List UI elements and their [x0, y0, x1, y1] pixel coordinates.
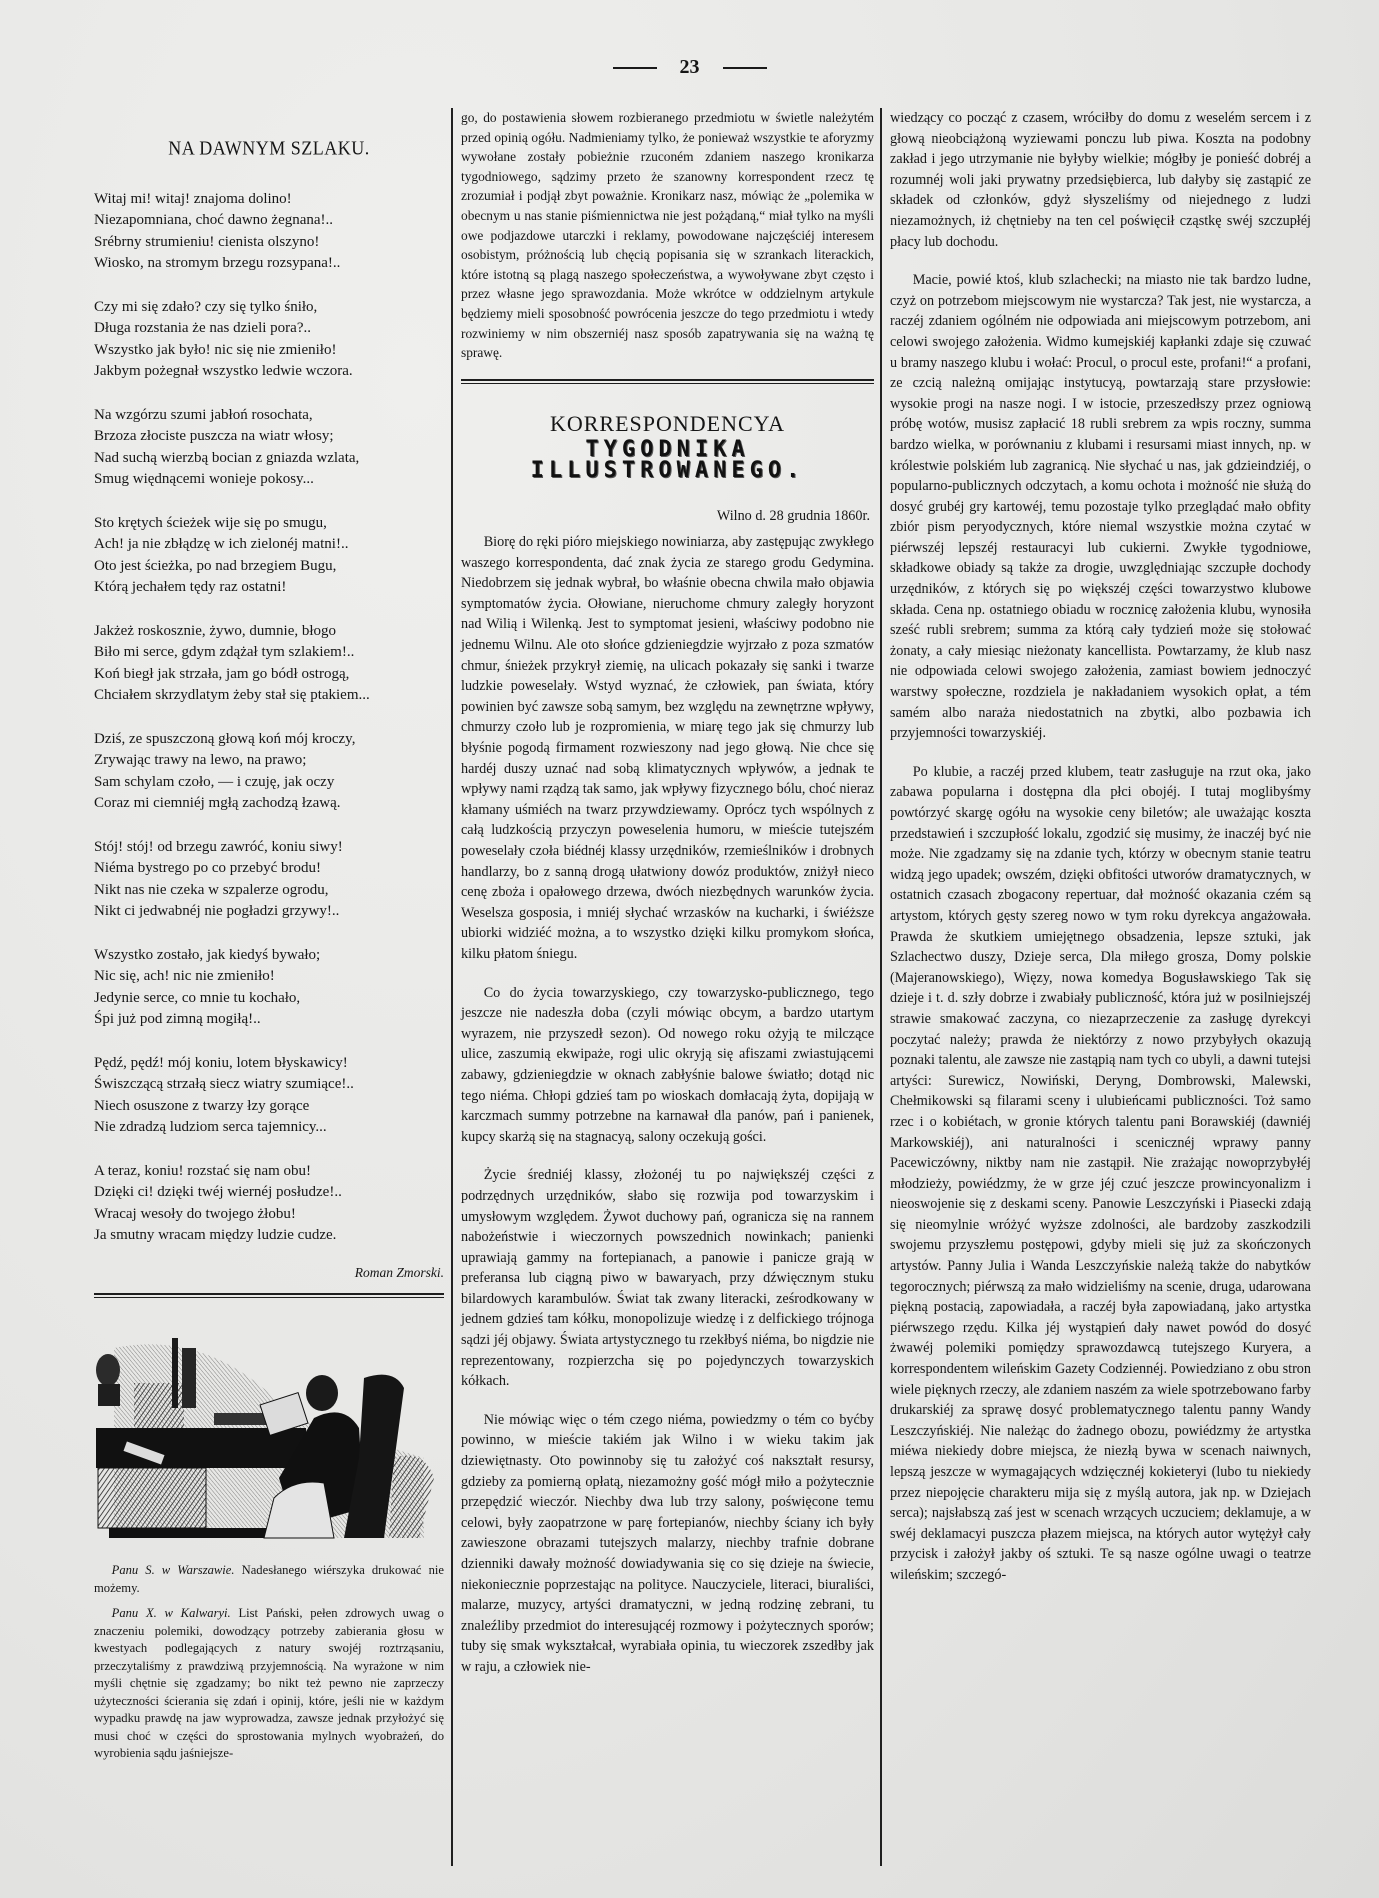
poem-line: Biło mi serce, gdym zdążał tym szlakiem!… [94, 642, 444, 664]
poem-line: Nie zdradzą ludziom serca tajemnicy... [94, 1117, 444, 1139]
poem-line: Nad suchą wierzbą bocian z gniazda wzlat… [94, 448, 444, 470]
poem-line: Jedynie serce, co mnie tu kochało, [94, 988, 444, 1010]
poem-stanza: Wszystko zostało, jak kiedyś bywało;Nic … [94, 945, 444, 1031]
dateline: Wilno d. 28 grudnia 1860r. [461, 506, 870, 527]
poem-line: Niech osuszone z twarzy łzy gorące [94, 1096, 444, 1118]
poem-line: Pędź, pędź! mój koniu, lotem błyskawicy! [94, 1053, 444, 1075]
poem-line: Nikt ci jedwabnéj nie pogładzi grzywy!.. [94, 901, 444, 923]
poem-stanza: Pędź, pędź! mój koniu, lotem błyskawicy!… [94, 1053, 444, 1139]
poem-line: Świszczącą strzałą siecz wiatry szumiące… [94, 1074, 444, 1096]
correspondence-heading: KORRESPONDENCYA [461, 414, 874, 435]
poem-stanza: Jakżeż roskosznie, żywo, dumnie, błogoBi… [94, 621, 444, 707]
magazine-title: TYGODNIKA ILLUSTROWANEGO. [461, 440, 874, 481]
article-paragraph: Po klubie, a raczéj przed klubem, teatr … [890, 762, 1311, 1586]
poem-line: Niezapomniana, choć dawno żegnana!.. [94, 210, 444, 232]
editorial-notices: Panu S. w Warszawie. Nadesłanego wiérszy… [94, 1562, 444, 1763]
left-column: NA DAWNYM SZLAKU. Witaj mi! witaj! znajo… [94, 90, 444, 1771]
poem-title: NA DAWNYM SZLAKU. [94, 137, 444, 160]
poem-line: Brzoza złociste puszcza na wiatr włosy; [94, 426, 444, 448]
column-rule-left [451, 108, 453, 1866]
article-paragraph: Biorę do ręki pióro miejskiego nowiniarz… [461, 532, 874, 964]
poem-line: Wszystko jak było! nic się nie zmieniło! [94, 340, 444, 362]
poem-line: Zrywając trawy na lewo, na prawo; [94, 750, 444, 772]
article-continuation: go, do postawienia słowem rozbieranego p… [461, 108, 874, 363]
poem-line: Wszystko zostało, jak kiedyś bywało; [94, 945, 444, 967]
poem-line: Czy mi się zdało? czy się tylko śniło, [94, 297, 444, 319]
page-number: 23 [680, 56, 700, 78]
poem-line: Nic się, ach! nic nie zmieniło! [94, 966, 444, 988]
poem-line: Nikt nas nie czeka w szpalerze ogrodu, [94, 880, 444, 902]
poem-line: Którą jechałem tędy raz ostatni! [94, 577, 444, 599]
poem-line: Srébrny strumieniu! cienista olszyno! [94, 232, 444, 254]
poem-line: Wiosko, na stromym brzegu rozsypana!.. [94, 253, 444, 275]
poem-line: Wracaj wesoły do twojego żłobu! [94, 1204, 444, 1226]
poem-line: Stój! stój! od brzegu zawróć, koniu siwy… [94, 837, 444, 859]
poem-stanza: Na wzgórzu szumi jabłoń rosochata,Brzoza… [94, 405, 444, 491]
poem-line: Coraz mi ciemniéj mgłą zachodzą łzawą. [94, 793, 444, 815]
poem-line: Dziś, ze spuszczoną głową koń mój kroczy… [94, 729, 444, 751]
poem-line: Smug więdnącemi wonieje pokosy... [94, 469, 444, 491]
header-dash-left [613, 67, 657, 69]
section-divider [94, 1293, 444, 1298]
poem-line: Sto krętych ścieżek wije się po smugu, [94, 513, 444, 535]
poem-stanza: A teraz, koniu! rozstać się nam obu!Dzię… [94, 1161, 444, 1247]
poem-stanza: Czy mi się zdało? czy się tylko śniło,Dł… [94, 297, 444, 383]
poem-line: Niéma bystrego po co przebyć brodu! [94, 858, 444, 880]
poem-line: Chciałem skrzydlatym żeby stał się ptaki… [94, 685, 444, 707]
poem-stanza: Dziś, ze spuszczoną głową koń mój kroczy… [94, 729, 444, 815]
poem-line: Śpi już pod zimną mogiłą!.. [94, 1009, 444, 1031]
notice-item: Panu X. w Kalwaryi. List Pański, pełen z… [94, 1605, 444, 1763]
engraving-icon [94, 1308, 444, 1548]
page-header: 23 [0, 56, 1379, 79]
middle-column: go, do postawienia słowem rozbieranego p… [461, 108, 874, 1678]
section-divider [461, 379, 874, 384]
poem-line: Ja smutny wracam między ludzie cudze. [94, 1225, 444, 1247]
notice-text: List Pański, pełen zdrowych uwag o znacz… [94, 1606, 444, 1760]
header-dash-right [723, 67, 767, 69]
poem-line: Koń biegł jak strzała, jam go bódł ostro… [94, 664, 444, 686]
poem-line: Oto jest ścieżka, po nad brzegiem Bugu, [94, 556, 444, 578]
right-column: wiedzący co począć z czasem, wróciłby do… [890, 108, 1311, 1586]
poem-author: Roman Zmorski. [94, 1263, 444, 1284]
article-paragraph: Co do życia towarzyskiego, czy towarzysk… [461, 983, 874, 1148]
article-paragraph: Nie mówiąc więc o tém czego niéma, powie… [461, 1410, 874, 1678]
poem-line: Na wzgórzu szumi jabłoń rosochata, [94, 405, 444, 427]
poem-line: Sam schylam czoło, — i czuję, jak oczy [94, 772, 444, 794]
poem-stanza: Witaj mi! witaj! znajoma dolino!Niezapom… [94, 189, 444, 275]
poem-line: Jakżeż roskosznie, żywo, dumnie, błogo [94, 621, 444, 643]
poem-line: A teraz, koniu! rozstać się nam obu! [94, 1161, 444, 1183]
poem-stanzas: Witaj mi! witaj! znajoma dolino!Niezapom… [94, 189, 444, 1247]
notice-addressee: Panu S. w Warszawie. [112, 1563, 235, 1577]
article-paragraph: Macie, powié ktoś, klub szlachecki; na m… [890, 270, 1311, 744]
poem-line: Ach! ja nie zbłądzę w ich zielonéj matni… [94, 534, 444, 556]
poem-stanza: Stój! stój! od brzegu zawróć, koniu siwy… [94, 837, 444, 923]
article-paragraph: wiedzący co począć z czasem, wróciłby do… [890, 108, 1311, 252]
article-paragraph: Życie średniéj klassy, złożonéj tu po na… [461, 1165, 874, 1392]
notice-item: Panu S. w Warszawie. Nadesłanego wiérszy… [94, 1562, 444, 1597]
poem-line: Dzięki ci! dzięki twéj wiernéj posłudze!… [94, 1182, 444, 1204]
poem-line: Długa rozstania że nas dzieli pora?.. [94, 318, 444, 340]
column-rule-right [880, 108, 882, 1866]
notice-addressee: Panu X. w Kalwaryi. [112, 1606, 231, 1620]
poem-stanza: Sto krętych ścieżek wije się po smugu,Ac… [94, 513, 444, 599]
poem-line: Jakbym pożegnał wszystko ledwie wczora. [94, 361, 444, 383]
reading-man-illustration [94, 1308, 444, 1548]
poem-line: Witaj mi! witaj! znajoma dolino! [94, 189, 444, 211]
